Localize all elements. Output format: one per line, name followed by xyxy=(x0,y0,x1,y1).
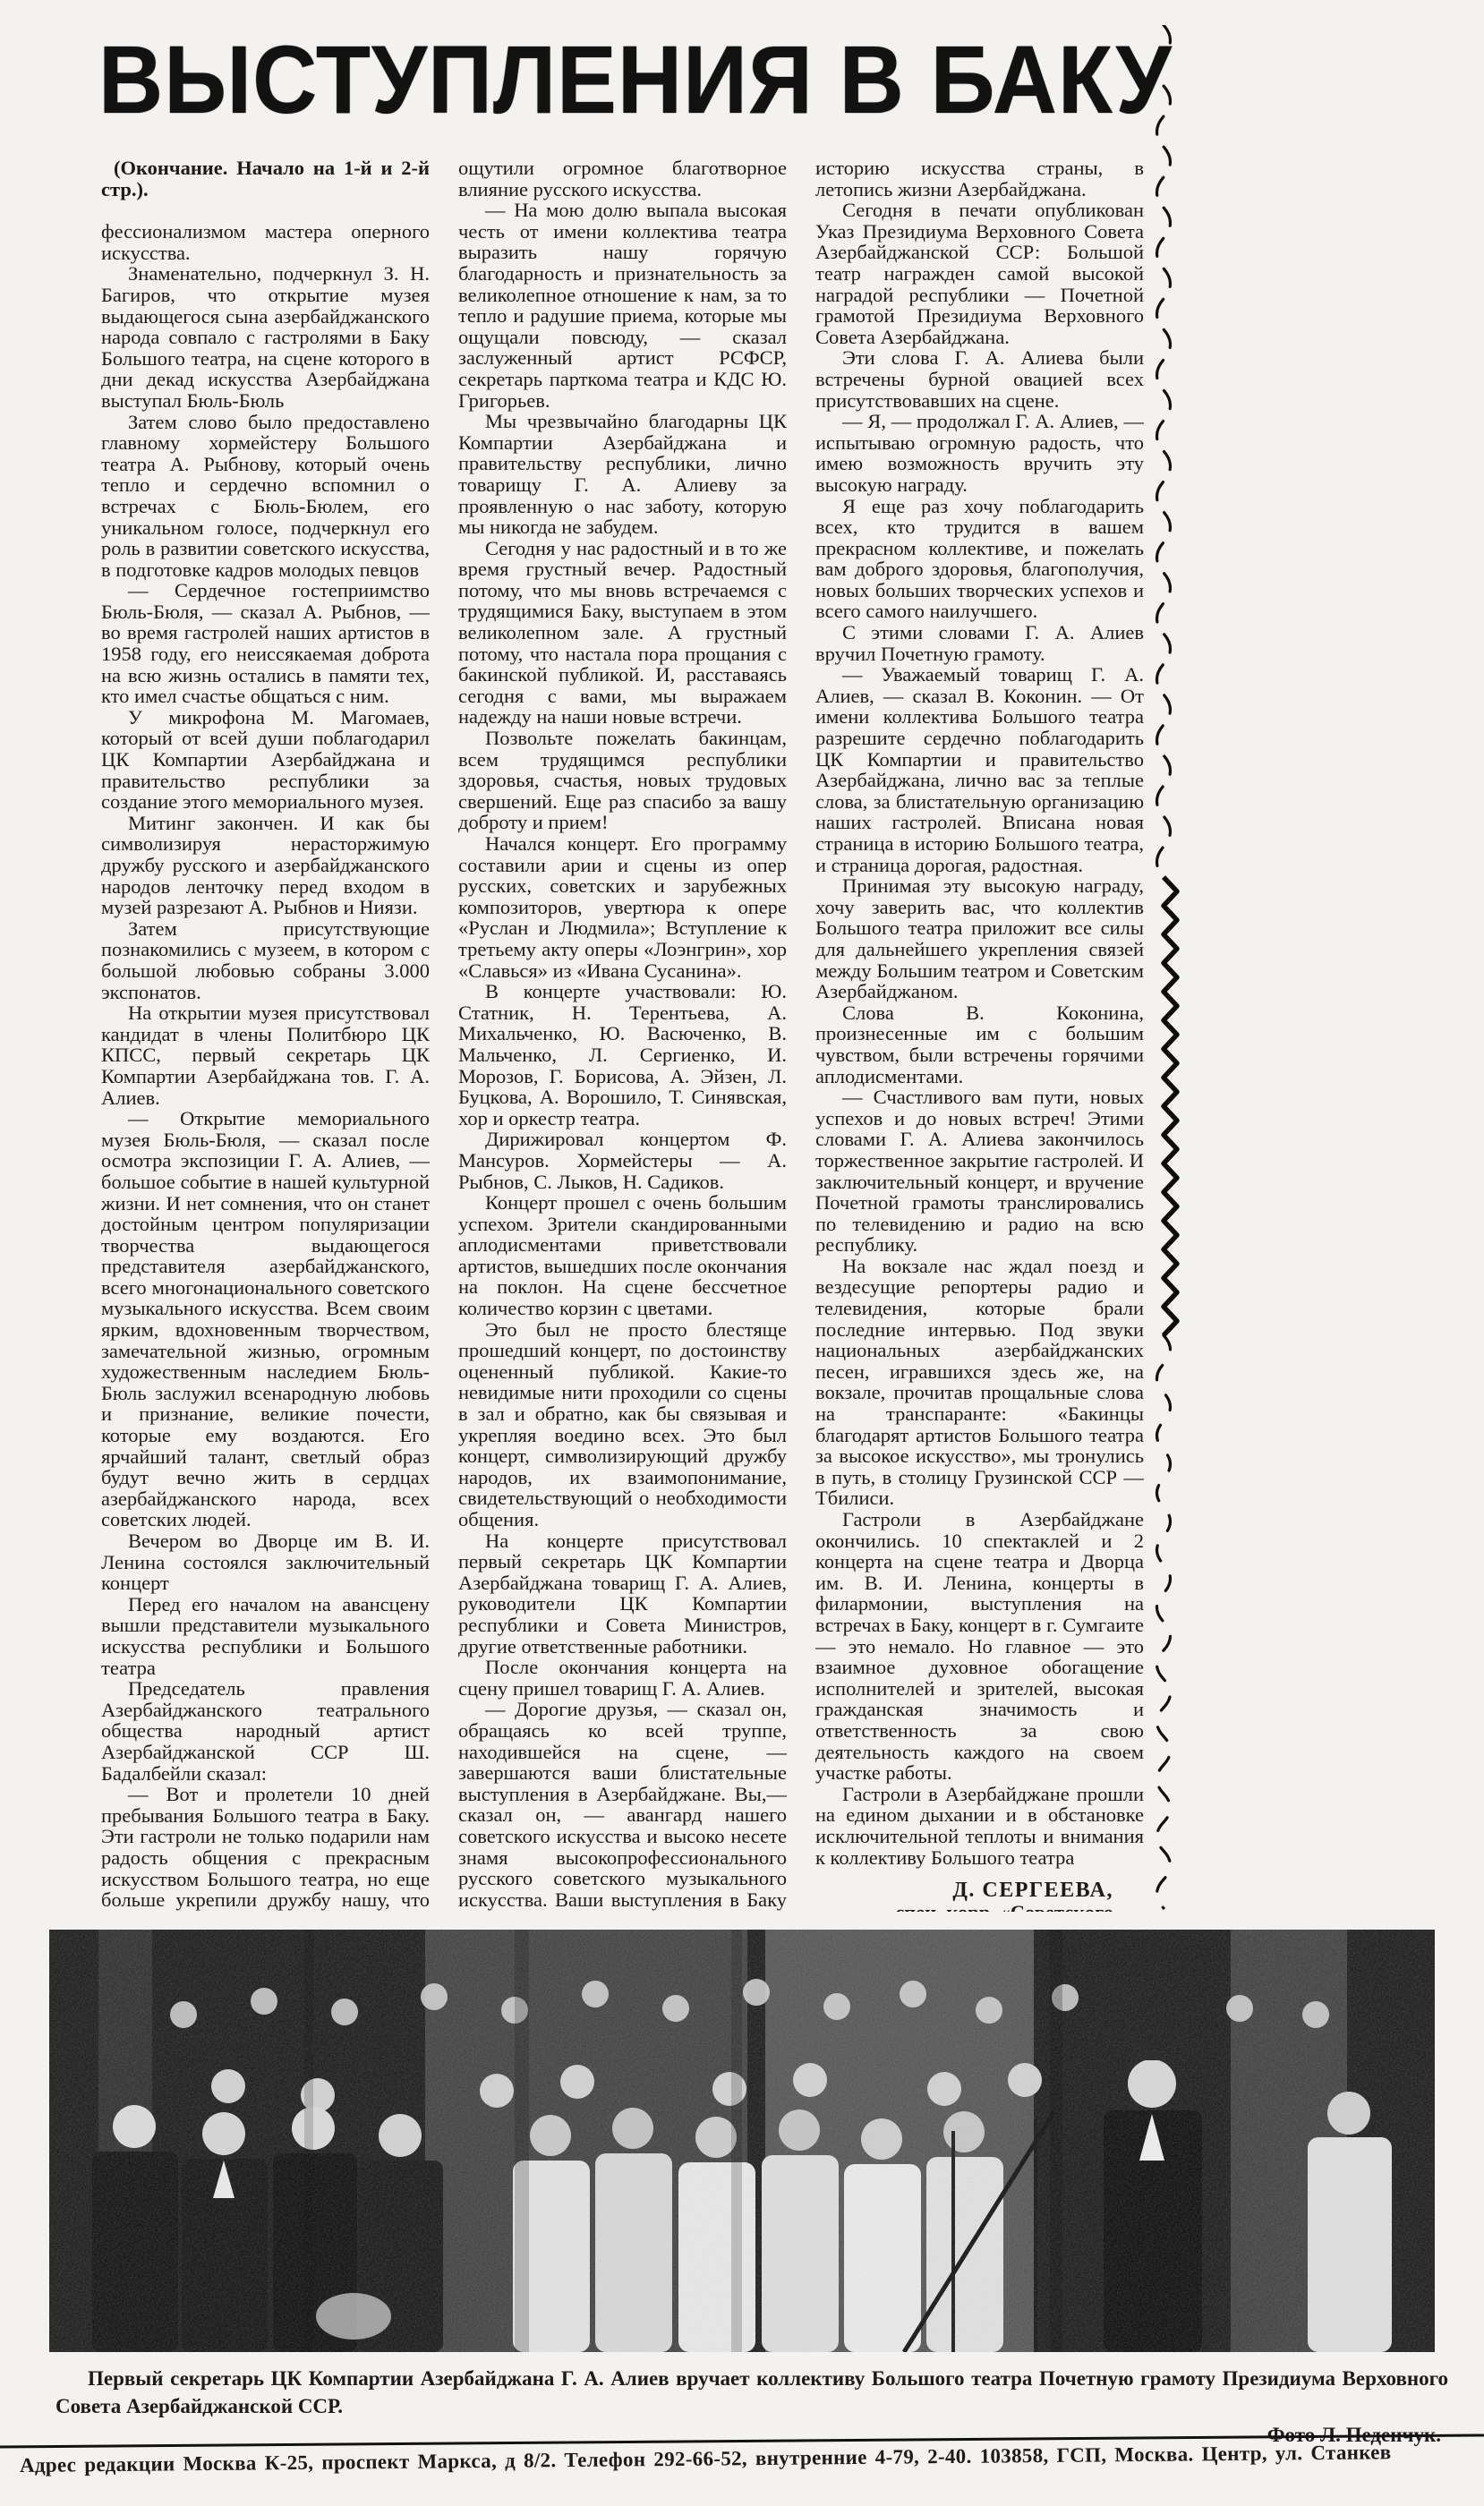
column-paragraphs: историю искусства страны, в летопись жиз… xyxy=(815,158,1144,1868)
page-title: ВЫСТУПЛЕНИЯ В БАКУ xyxy=(98,27,1155,133)
paragraph: Гастроли в Азербайджане прошли на едином… xyxy=(815,1784,1144,1868)
paragraph: У микрофона М. Магомаев, который от всей… xyxy=(101,707,430,813)
paragraph: На открытии музея присутствовал кандидат… xyxy=(101,1002,430,1108)
paragraph: Сегодня у нас радостный и в то же время … xyxy=(458,538,787,728)
stage-photo xyxy=(49,1930,1435,2352)
clipping-edge-squiggle xyxy=(1147,25,1189,1922)
paragraph: На концерте присутствовал первый секрета… xyxy=(458,1530,787,1658)
article-column-2: ощутили огромное благотворное влияние ру… xyxy=(458,158,787,1912)
paragraph: Сегодня в печати опубликован Указ Презид… xyxy=(815,200,1144,347)
article-body: (Окончание. Начало на 1-й и 2-й стр.). ф… xyxy=(101,158,1144,1912)
paragraph: Знаменательно, подчеркнул З. Н. Багиров,… xyxy=(101,263,430,411)
continuation-note: (Окончание. Начало на 1-й и 2-й стр.). xyxy=(101,158,430,200)
paragraph: — Вот и пролетели 10 дней пребывания Бол… xyxy=(101,1784,430,1912)
paragraph: Затем слово было предоставлено главному … xyxy=(101,412,430,581)
paragraph: — На мою долю выпала высокая честь от им… xyxy=(458,200,787,411)
paragraph: В концерте участвовали: Ю. Статник, Н. Т… xyxy=(458,981,787,1129)
byline-role: спец. корр. «Советского артиста». xyxy=(815,1902,1113,1912)
newspaper-page: ВЫСТУПЛЕНИЯ В БАКУ (Окончание. Начало на… xyxy=(0,0,1484,2506)
byline-author: Д. СЕРГЕЕВА, xyxy=(815,1880,1113,1902)
paragraph: Вечером во Дворце им В. И. Ленина состоя… xyxy=(101,1530,430,1594)
paragraph: ощутили огромное благотворное влияние ру… xyxy=(458,158,787,200)
paragraph: Позвольте пожелать бакинцам, всем трудящ… xyxy=(458,728,787,833)
masthead: ВЫСТУПЛЕНИЯ В БАКУ xyxy=(98,27,1155,152)
stage-photo-image xyxy=(49,1930,1435,2352)
column-paragraphs: фессионализмом мастера оперного искусств… xyxy=(101,221,430,1912)
byline: Д. СЕРГЕЕВА, спец. корр. «Советского арт… xyxy=(815,1880,1144,1912)
paragraph: Дирижировал концертом Ф. Мансуров. Хорме… xyxy=(458,1129,787,1192)
paragraph: — Я, — продолжал Г. А. Алиев, — испытыва… xyxy=(815,411,1144,495)
paragraph: Концерт прошел с очень большим успехом. … xyxy=(458,1192,787,1319)
paragraph: — Открытие мемориального музея Бюль-Бюля… xyxy=(101,1108,430,1530)
paragraph: Принимая эту высокую награду, хочу завер… xyxy=(815,875,1144,1002)
paragraph: Слова В. Коконина, произнесенные им с бо… xyxy=(815,1002,1144,1087)
article-column-3: историю искусства страны, в летопись жиз… xyxy=(815,158,1144,1912)
column-paragraphs: ощутили огромное благотворное влияние ру… xyxy=(458,158,787,1912)
paragraph: С этими словами Г. А. Алиев вручил Почет… xyxy=(815,622,1144,664)
paragraph: Перед его началом на авансцену вышли пре… xyxy=(101,1594,430,1678)
paragraph: После окончания концерта на сцену пришел… xyxy=(458,1657,787,1699)
paragraph: Митинг закончен. И как бы символизируя н… xyxy=(101,813,430,918)
paragraph: Затем присутствующие познакомились с муз… xyxy=(101,918,430,1002)
paragraph: — Счастливого вам пути, новых успехов и … xyxy=(815,1087,1144,1256)
photo-caption: Первый секретарь ЦК Компартии Азербайджа… xyxy=(55,2365,1448,2420)
paragraph: — Дорогие друзья, — сказал он, обращаясь… xyxy=(458,1699,787,1912)
article-column-1: (Окончание. Начало на 1-й и 2-й стр.). ф… xyxy=(101,158,430,1912)
paragraph: Гастроли в Азербайджане окончились. 10 с… xyxy=(815,1509,1144,1784)
paragraph: историю искусства страны, в летопись жиз… xyxy=(815,158,1144,200)
paragraph: Эти слова Г. А. Алиева были встречены бу… xyxy=(815,347,1144,411)
paragraph: Председатель правления Азербайджанского … xyxy=(101,1678,430,1784)
paragraph: Я еще раз хочу поблагодарить всех, кто т… xyxy=(815,496,1144,623)
squiggle-icon xyxy=(1147,25,1189,1922)
paragraph: Мы чрезвычайно благодарны ЦК Компартии А… xyxy=(458,411,787,538)
paragraph: Это был не просто блестяще прошедший кон… xyxy=(458,1319,787,1530)
paragraph: Начался концерт. Его программу составили… xyxy=(458,833,787,981)
paragraph: На вокзале нас ждал поезд и вездесущие р… xyxy=(815,1256,1144,1509)
paragraph: фессионализмом мастера оперного искусств… xyxy=(101,221,430,263)
paragraph: — Сердечное гостеприимство Бюль-Бюля, — … xyxy=(101,580,430,707)
paragraph: — Уважаемый товарищ Г. А. Алиев, — сказа… xyxy=(815,664,1144,875)
